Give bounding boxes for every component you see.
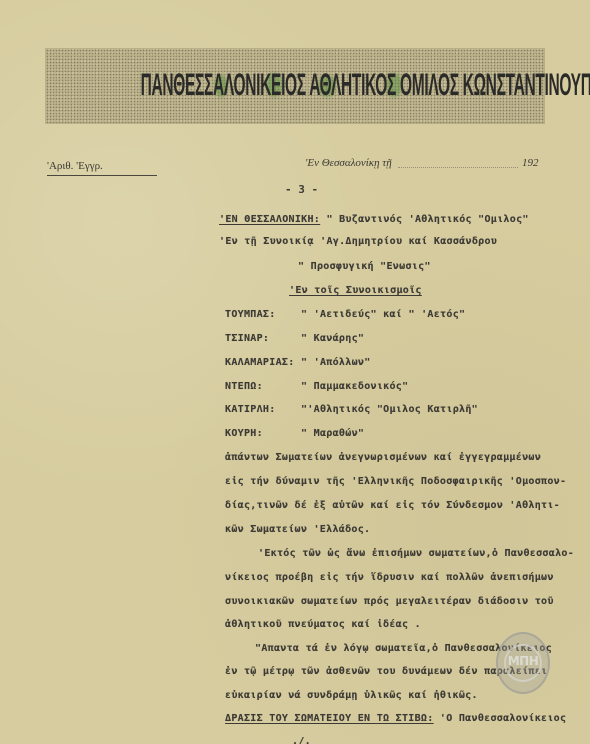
club-name: " 'Απόλλων" (301, 357, 371, 368)
district-label: ΤΟΥΜΠΑΣ: (225, 309, 301, 320)
date-fill-line (398, 167, 518, 168)
paragraph-line: ἁπάντων Σωματείων ἀνεγνωρισμένων καί ἐγγ… (225, 452, 541, 463)
club-row: ΚΑΛΑΜΑΡΙΑΣ:" 'Απόλλων" (225, 357, 371, 368)
letterhead-banner: ΠΑΝΘΕΣΣΑΛΟΝΙΚΕΙΟΣ ΑΘΛΗΤΙΚΟΣ ΟΜΙΛΟΣ ΚΩΝΣΤ… (46, 49, 544, 123)
place-date-label: 'Εν Θεσσαλονίκῃ τῇ (305, 157, 392, 169)
page-number: - 3 - (285, 183, 318, 196)
district-label: ΚΟΥΡΗ: (225, 428, 301, 439)
club-row: ΝΤΕΠΩ:" Παμμακεδονικός" (225, 381, 408, 392)
club-name: " 'Αετιδεύς" καί " 'Αετός" (301, 309, 465, 320)
club-row: ΚΑΤΙΡΛΗ:"'Αθλητικός "Ομιλος Κατιρλῆ" (225, 404, 478, 415)
section-heading: ΔΡΑΣΙΣ ΤΟΥ ΣΩΜΑΤΕΙΟΥ ΕΝ ΤΩ ΣΤΙΒΩ: (225, 713, 434, 724)
paragraph-line: ἀθλητικοῦ πνεύματος καί ἰδέας . (225, 619, 421, 630)
paragraph-line: 'Εκτός τῶν ὡς ἄνω ἐπισήμων σωματείων,ὁ Π… (258, 548, 574, 559)
body-line: 'ΕΝ ΘΕΣΣΑΛΟΝΙΚΗ: " Βυζαντινός 'Αθλητικός… (219, 214, 529, 225)
district-label: ΚΑΤΙΡΛΗ: (225, 404, 301, 415)
section-heading: 'Εν τοῖς Συνοικισμοῖς (289, 285, 422, 296)
club-row: ΤΣΙΝΑΡ:" Κανάρης" (225, 333, 364, 344)
body-text: 'Ο Πανθεσσαλονίκειος (434, 713, 567, 724)
year-label: 192 (522, 157, 539, 169)
district-label: ΝΤΕΠΩ: (225, 381, 301, 392)
club-row: ΤΟΥΜΠΑΣ:" 'Αετιδεύς" καί " 'Αετός" (225, 309, 465, 320)
paragraph-line: συνοικιακῶν σωματείων πρός μεγαλειτέραν … (225, 596, 554, 607)
club-name: "'Αθλητικός "Ομιλος Κατιρλῆ" (301, 404, 478, 415)
paragraph-line: εὐκαιρίαν νά συνδράμῃ ὑλικῶς καί ἠθικῶς. (225, 690, 478, 701)
paragraph-line: δίας,τινῶν δέ ἐξ αὐτῶν καί εἰς τόν Σύνδε… (225, 500, 560, 511)
location-heading: 'ΕΝ ΘΕΣΣΑΛΟΝΙΚΗ: (219, 214, 320, 225)
club-name: " Κανάρης" (301, 333, 364, 344)
body-line: 'Εν τῇ Συνοικίᾳ 'Αγ.Δημητρίου καί Κασσάν… (219, 236, 497, 247)
registration-underline (47, 175, 157, 176)
paragraph-line: εἰς τήν δύναμιν τῆς 'Ελληνικῆς Ποδοσφαιρ… (225, 476, 566, 487)
registration-number-label: 'Αριθ. 'Εγγρ. (47, 160, 103, 172)
club-row: ΚΟΥΡΗ:" Μαραθών" (225, 428, 364, 439)
club-name: " Μαραθών" (301, 428, 364, 439)
club-name: " Παμμακεδονικός" (301, 381, 408, 392)
letterhead-title: ΠΑΝΘΕΣΣΑΛΟΝΙΚΕΙΟΣ ΑΘΛΗΤΙΚΟΣ ΟΜΙΛΟΣ ΚΩΝΣΤ… (141, 67, 450, 103)
club-name: " Βυζαντινός 'Αθλητικός "Ομιλος" (320, 214, 529, 225)
paragraph-line: κῶν Σωματείων 'Ελλάδος. (225, 524, 370, 535)
continuation-mark: ./. (292, 736, 311, 744)
stamp-text: ΜΠΗ (498, 654, 548, 668)
archive-stamp: ΜΠΗ (496, 632, 550, 694)
paragraph-line: νίκειος προέβη εἰς τήν ἵδρυσιν καί πολλῶ… (225, 572, 554, 583)
district-label: ΚΑΛΑΜΑΡΙΑΣ: (225, 357, 301, 368)
body-line: ΔΡΑΣΙΣ ΤΟΥ ΣΩΜΑΤΕΙΟΥ ΕΝ ΤΩ ΣΤΙΒΩ: 'Ο Παν… (225, 713, 566, 724)
body-line: " Προσφυγική "Ενωσις" (298, 261, 431, 272)
district-label: ΤΣΙΝΑΡ: (225, 333, 301, 344)
